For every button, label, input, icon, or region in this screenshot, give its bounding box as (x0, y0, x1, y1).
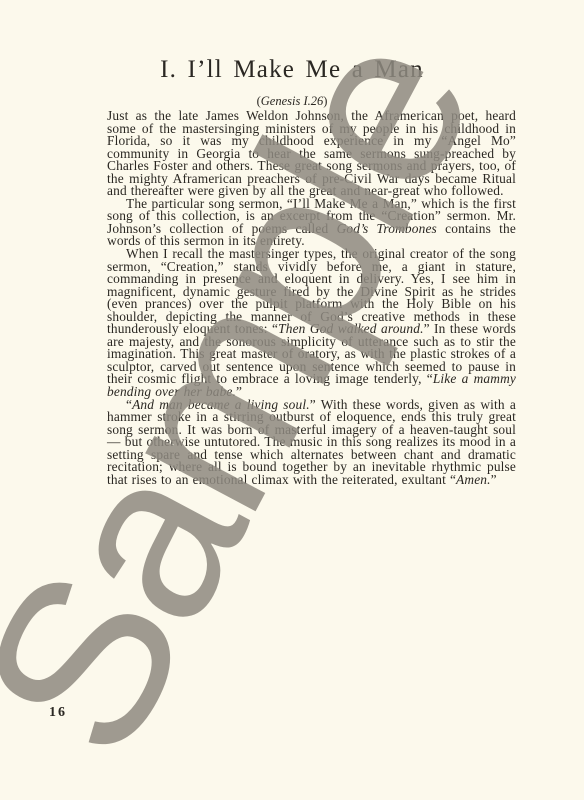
paragraph: “And man became a living soul.” With the… (107, 399, 516, 487)
text-run: ” (491, 472, 497, 487)
chapter-title: I. I’ll Make Me a Man (0, 56, 584, 84)
italic-run: Amen. (456, 472, 491, 487)
body-text: Just as the late James Weldon Johnson, t… (107, 110, 516, 486)
paragraph: When I recall the mastersinger types, th… (107, 248, 516, 399)
page-number: 16 (49, 705, 67, 721)
book-page: I. I’ll Make Me a Man (Genesis I.26) Jus… (0, 0, 584, 800)
italic-run: God’s Trombones (337, 221, 437, 236)
scripture-citation: Genesis I.26 (261, 94, 324, 108)
text-run: Just as the late James Weldon Johnson, t… (107, 108, 516, 198)
paragraph: Just as the late James Weldon Johnson, t… (107, 110, 516, 198)
scripture-reference: (Genesis I.26) (0, 94, 584, 109)
paren-close: ) (323, 94, 327, 108)
text-run: ” With these words, given as with a hamm… (107, 397, 516, 487)
paragraph: The particular song sermon, “I’ll Make M… (107, 198, 516, 248)
